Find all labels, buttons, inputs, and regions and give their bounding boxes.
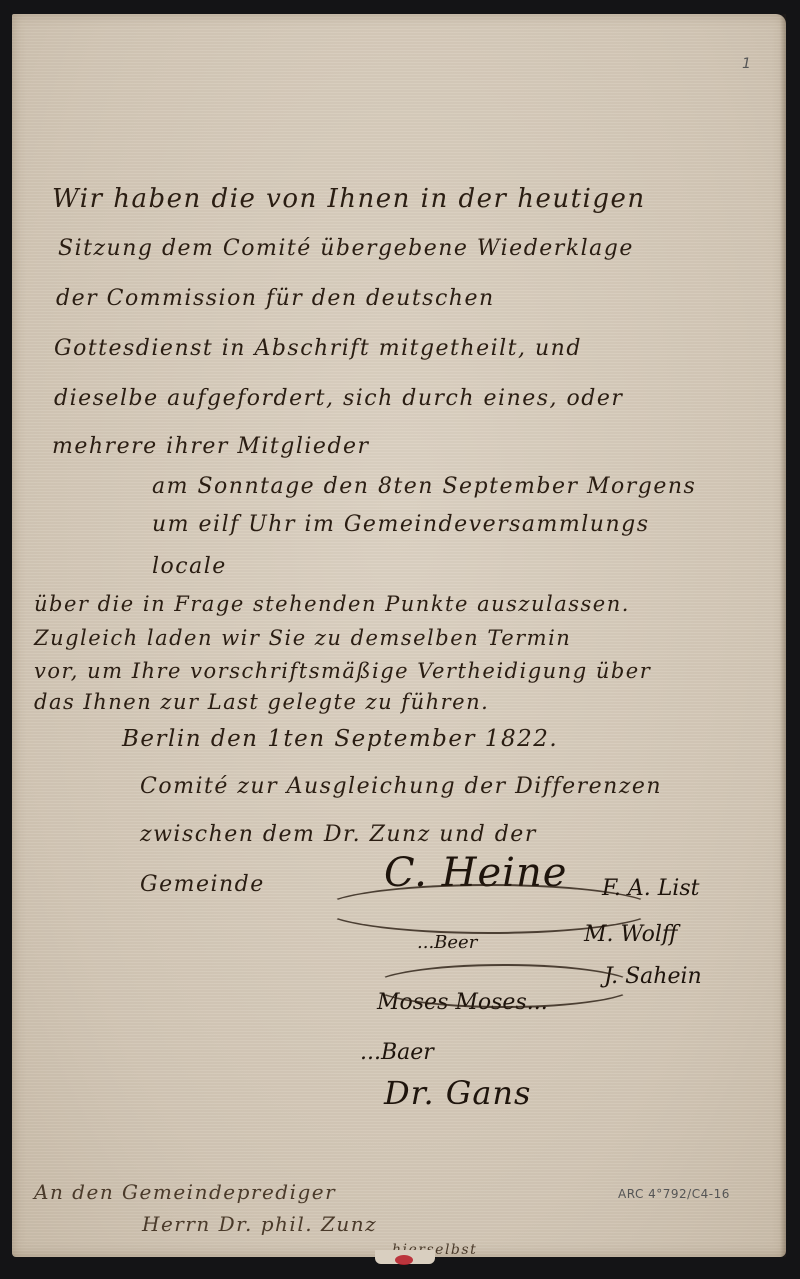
indented-line-3: locale: [152, 554, 227, 579]
archive-reference: ARC 4°792/C4-16: [618, 1187, 730, 1201]
continuation-line-2: Zugleich laden wir Sie zu demselben Term…: [34, 626, 571, 650]
closing-line-1: Comité zur Ausgleichung der Differenzen: [140, 774, 662, 799]
address-line-2: Herrn Dr. phil. Zunz: [142, 1212, 377, 1236]
indented-line-2: um eilf Uhr im Gemeindeversammlungs: [152, 512, 649, 537]
body-line-6: mehrere ihrer Mitglieder: [52, 434, 370, 459]
signature-flourish-2: [372, 964, 636, 1008]
body-line-3: der Commission für den deutschen: [56, 286, 495, 311]
manuscript-page: 1 Wir haben die von Ihnen in der heutige…: [12, 14, 786, 1257]
signature-gans: Dr. Gans: [384, 1074, 531, 1112]
body-line-1: Wir haben die von Ihnen in der heutigen: [52, 184, 646, 214]
dateline: Berlin den 1ten September 1822.: [122, 726, 558, 752]
signature-baer: ...Baer: [360, 1040, 434, 1065]
signature-list: F. A. List: [602, 876, 699, 901]
continuation-line-3: vor, um Ihre vorschriftsmäßige Vertheidi…: [34, 659, 651, 683]
page-number: 1: [742, 56, 751, 72]
body-line-4: Gottesdienst in Abschrift mitgetheilt, u…: [54, 336, 582, 361]
closing-line-3: Gemeinde: [140, 872, 265, 897]
continuation-line-1: über die in Frage stehenden Punkte auszu…: [34, 592, 630, 616]
closing-line-2: zwischen dem Dr. Zunz und der: [140, 822, 537, 847]
signature-beer: ...Beer: [417, 932, 477, 953]
body-line-2: Sitzung dem Comité übergebene Wiederklag…: [58, 236, 634, 261]
page-edge-shadow: [780, 14, 786, 1257]
red-seal-mark: [395, 1255, 413, 1265]
continuation-line-4: das Ihnen zur Last gelegte zu führen.: [34, 690, 489, 714]
body-line-5: dieselbe aufgefordert, sich durch eines,…: [54, 386, 623, 411]
signature-wolff: M. Wolff: [584, 922, 678, 947]
address-line-1: An den Gemeindeprediger: [34, 1180, 336, 1204]
indented-line-1: am Sonntage den 8ten September Morgens: [152, 474, 696, 499]
